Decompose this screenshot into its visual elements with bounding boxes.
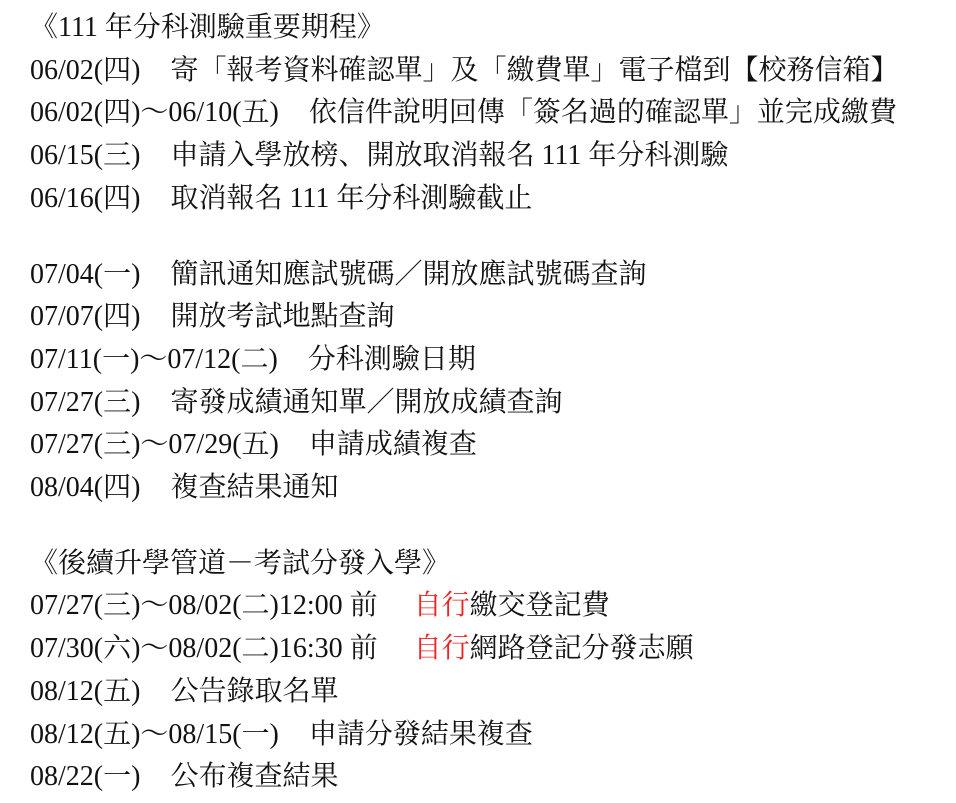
event-date: 07/07(四) xyxy=(30,301,140,332)
event-description: 網路登記分發志願 xyxy=(470,633,694,664)
event-description: 公告錄取名單 xyxy=(170,676,338,707)
event-description: 寄發成績通知單／開放成績查詢 xyxy=(170,387,562,418)
event-description: 依信件說明回傳「簽名過的確認單」並完成繳費 xyxy=(309,97,897,128)
schedule-line: 07/27(三)寄發成績通知單／開放成績查詢 xyxy=(30,382,950,425)
event-date: 07/11(一)～07/12(二) xyxy=(30,344,278,375)
schedule-line: 07/04(一)簡訊通知應試號碼／開放應試號碼查詢 xyxy=(30,254,950,297)
event-description: 複查結果通知 xyxy=(170,472,338,503)
event-date: 06/16(四) xyxy=(30,183,140,214)
event-date: 07/27(三) xyxy=(30,387,140,418)
event-description: 繳交登記費 xyxy=(470,590,610,621)
section-title: 《111 年分科測驗重要期程》 xyxy=(30,7,950,50)
event-description: 申請入學放榜、開放取消報名 111 年分科測驗 xyxy=(170,140,728,171)
event-description: 公布複查結果 xyxy=(170,761,338,792)
schedule-line: 06/02(四)寄「報考資料確認單」及「繳費單」電子檔到【校務信箱】 xyxy=(30,50,950,93)
schedule-line: 07/07(四)開放考試地點查詢 xyxy=(30,296,950,339)
event-description: 分科測驗日期 xyxy=(308,344,476,375)
section-exam-schedule: 《111 年分科測驗重要期程》 06/02(四)寄「報考資料確認單」及「繳費單」… xyxy=(30,7,950,221)
schedule-line: 06/15(三)申請入學放榜、開放取消報名 111 年分科測驗 xyxy=(30,135,950,178)
event-description: 寄「報考資料確認單」及「繳費單」電子檔到【校務信箱】 xyxy=(170,55,898,86)
event-date: 06/02(四) xyxy=(30,55,140,86)
schedule-line: 06/02(四)～06/10(五)依信件說明回傳「簽名過的確認單」並完成繳費 xyxy=(30,92,950,135)
event-date: 08/22(一) xyxy=(30,761,140,792)
schedule-document: 《111 年分科測驗重要期程》 06/02(四)寄「報考資料確認單」及「繳費單」… xyxy=(0,0,956,803)
schedule-line: 06/16(四)取消報名 111 年分科測驗截止 xyxy=(30,178,950,221)
event-date: 07/27(三)～08/02(二)12:00 前 xyxy=(30,590,378,621)
section-july-august-schedule: 07/04(一)簡訊通知應試號碼／開放應試號碼查詢 07/07(四)開放考試地點… xyxy=(30,254,950,510)
section-admission-channel: 《後續升學管道－考試分發入學》 07/27(三)～08/02(二)12:00 前… xyxy=(30,543,950,799)
event-date: 07/04(一) xyxy=(30,259,140,290)
schedule-line: 07/27(三)～07/29(五)申請成績複查 xyxy=(30,424,950,467)
event-date: 06/15(三) xyxy=(30,140,140,171)
schedule-line: 08/12(五)公告錄取名單 xyxy=(30,671,950,714)
event-description: 開放考試地點查詢 xyxy=(170,301,394,332)
event-date: 08/04(四) xyxy=(30,472,140,503)
schedule-line: 08/22(一)公布複查結果 xyxy=(30,756,950,799)
event-date: 07/30(六)～08/02(二)16:30 前 xyxy=(30,633,378,664)
event-date: 08/12(五) xyxy=(30,676,140,707)
event-highlight: 自行 xyxy=(414,590,470,621)
schedule-line: 07/27(三)～08/02(二)12:00 前自行繳交登記費 xyxy=(30,585,950,628)
section-title: 《後續升學管道－考試分發入學》 xyxy=(30,543,950,586)
event-date: 07/27(三)～07/29(五) xyxy=(30,429,279,460)
schedule-line: 07/11(一)～07/12(二)分科測驗日期 xyxy=(30,339,950,382)
schedule-line: 08/12(五)～08/15(一)申請分發結果複查 xyxy=(30,714,950,757)
event-description: 簡訊通知應試號碼／開放應試號碼查詢 xyxy=(170,259,646,290)
event-description: 取消報名 111 年分科測驗截止 xyxy=(170,183,532,214)
event-date: 08/12(五)～08/15(一) xyxy=(30,719,279,750)
event-highlight: 自行 xyxy=(414,633,470,664)
schedule-line: 08/04(四)複查結果通知 xyxy=(30,467,950,510)
schedule-line: 07/30(六)～08/02(二)16:30 前自行網路登記分發志願 xyxy=(30,628,950,671)
event-date: 06/02(四)～06/10(五) xyxy=(30,97,279,128)
event-description: 申請分發結果複查 xyxy=(309,719,533,750)
event-description: 申請成績複查 xyxy=(309,429,477,460)
